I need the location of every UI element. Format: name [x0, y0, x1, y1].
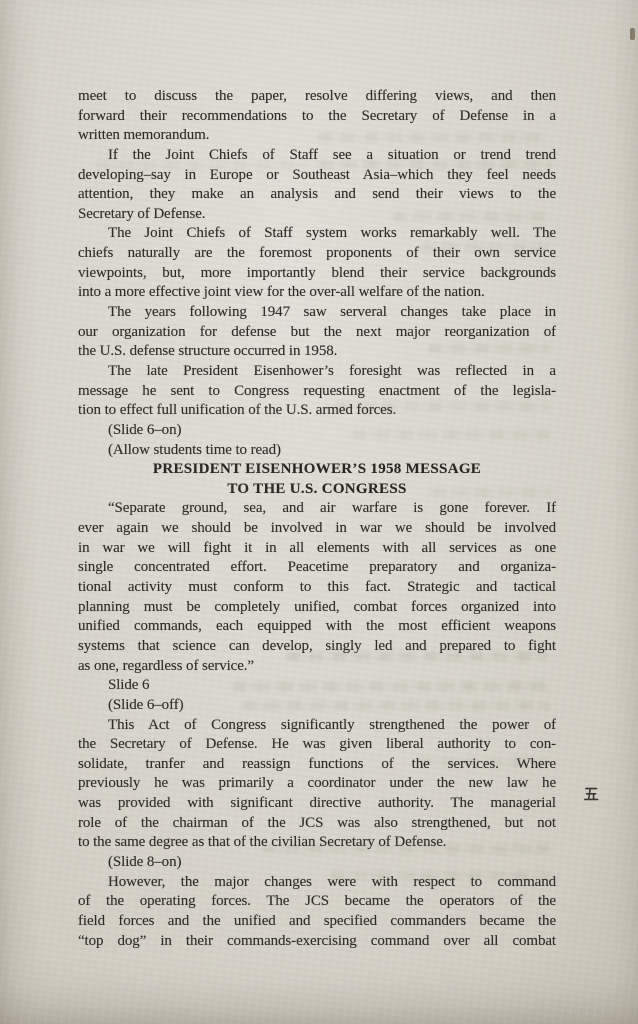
text-line: systems that science can develop, singly…	[78, 637, 556, 657]
text-line: tional activity must conform to this fac…	[78, 578, 556, 598]
heading-line: TO THE U.S. CONGRESS	[78, 480, 556, 500]
text-line: field forces and the unified and specifi…	[78, 912, 556, 932]
text-line: previously he was primarily a coordinato…	[78, 774, 556, 794]
text-line: (Slide 6–on)	[78, 421, 556, 441]
text-line: chiefs naturally are the foremost propon…	[78, 244, 556, 264]
text-line: viewpoints, but, more importantly blend …	[78, 264, 556, 284]
text-line: to the same degree as that of the civili…	[78, 833, 556, 853]
text-line: This Act of Congress significantly stren…	[78, 716, 556, 736]
text-line: ever again we should be involved in war …	[78, 519, 556, 539]
text-line: (Allow students time to read)	[78, 441, 556, 461]
text-line: Slide 6	[78, 676, 556, 696]
text-line: If the Joint Chiefs of Staff see a situa…	[78, 146, 556, 166]
text-line: the Secretary of Defense. He was given l…	[78, 735, 556, 755]
text-line: The late President Eisenhower’s foresigh…	[78, 362, 556, 382]
text-line: planning must be completely unified, com…	[78, 598, 556, 618]
page-text: meet to discuss the paper, resolve diffe…	[78, 87, 556, 951]
text-line: (Slide 8–on)	[78, 853, 556, 873]
text-line: unified commands, each equipped with the…	[78, 617, 556, 637]
text-line: (Slide 6–off)	[78, 696, 556, 716]
edge-speck	[630, 28, 635, 40]
text-line: role of the chairman of the JCS was also…	[78, 814, 556, 834]
text-line: attention, they make an analysis and sen…	[78, 185, 556, 205]
scanned-page: meet to discuss the paper, resolve diffe…	[0, 0, 638, 1024]
text-line: tion to effect full unification of the U…	[78, 401, 556, 421]
text-line: in war we will fight it in all elements …	[78, 539, 556, 559]
text-line: single concentrated effort. Peacetime pr…	[78, 558, 556, 578]
text-line: written memorandum.	[78, 126, 556, 146]
text-line: into a more effective joint view for the…	[78, 283, 556, 303]
text-line: our organization for defense but the nex…	[78, 323, 556, 343]
text-line: message he sent to Congress requesting e…	[78, 382, 556, 402]
text-line: meet to discuss the paper, resolve diffe…	[78, 87, 556, 107]
text-line: However, the major changes were with res…	[78, 873, 556, 893]
text-line: The Joint Chiefs of Staff system works r…	[78, 224, 556, 244]
text-line: developing–say in Europe or Southeast As…	[78, 166, 556, 186]
text-line: “top dog” in their commands-exercising c…	[78, 932, 556, 952]
text-line: of the operating forces. The JCS became …	[78, 892, 556, 912]
page-number-glyph	[583, 786, 599, 802]
text-line: was provided with significant directive …	[78, 794, 556, 814]
text-line: “Separate ground, sea, and air warfare i…	[78, 499, 556, 519]
text-line: Secretary of Defense.	[78, 205, 556, 225]
text-line: as one, regardless of service.”	[78, 657, 556, 677]
text-line: The years following 1947 saw serveral ch…	[78, 303, 556, 323]
text-line: the U.S. defense structure occurred in 1…	[78, 342, 556, 362]
text-line: forward their recommendations to the Sec…	[78, 107, 556, 127]
text-line: solidate, tranfer and reassign functions…	[78, 755, 556, 775]
heading-line: PRESIDENT EISENHOWER’S 1958 MESSAGE	[78, 460, 556, 480]
